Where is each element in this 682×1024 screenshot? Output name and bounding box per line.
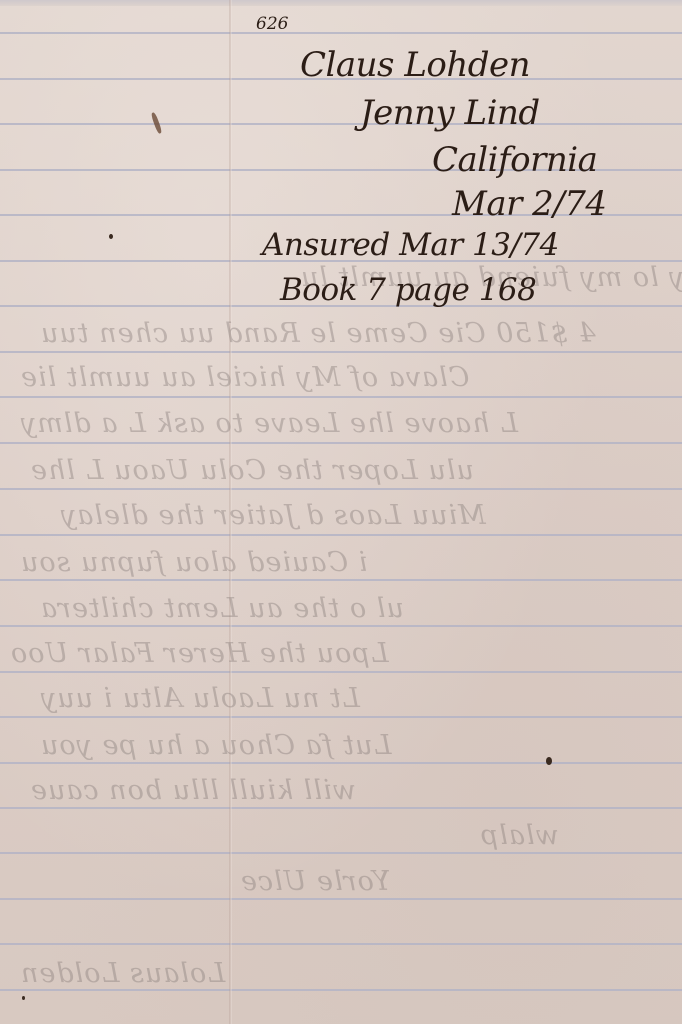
bleed-through-line: L haove lhe Leave to ask L a dlmy: [20, 408, 518, 439]
ruled-line: [0, 396, 682, 398]
letter-page: y lo my fuiend au uumlt lu 4 $150 Cie Ce…: [0, 0, 682, 1024]
bleed-through-line: Lolaus Lolden: [20, 958, 225, 989]
paper-top-edge: [0, 0, 682, 6]
bleed-through-line: ulu Loper the Colu Uaou L lhe: [30, 455, 474, 486]
ruled-line: [0, 123, 682, 125]
ruled-line: [0, 534, 682, 536]
ruled-line: [0, 943, 682, 945]
ruled-line: [0, 898, 682, 900]
bleed-through-line: Lpou the Herer Falar Uoo: [10, 638, 389, 669]
ink-spot: [109, 234, 113, 239]
answered-date: Ansured Mar 13/74: [262, 227, 559, 263]
ink-spot: [22, 996, 25, 1000]
ruled-line: [0, 989, 682, 991]
letter-date: Mar 2/74: [452, 184, 607, 224]
sender-state: California: [432, 140, 597, 180]
book-page-reference: Book 7 page 168: [280, 272, 536, 308]
ruled-line: [0, 671, 682, 673]
ruled-line: [0, 625, 682, 627]
sender-place: Jenny Lind: [360, 93, 540, 133]
sender-name: Claus Lohden: [300, 45, 530, 85]
bleed-through-line: Clava of My hiciel au uumlt lie: [20, 362, 469, 393]
bleed-through-line: ul o the au Lemt chiltera: [40, 593, 404, 624]
ruled-line: [0, 852, 682, 854]
ruled-line: [0, 762, 682, 764]
bleed-through-line: Lt nu Laolu Altu i uuy: [40, 683, 360, 714]
ruled-line: [0, 716, 682, 718]
bleed-through-line: Lut fa Chou a hu pe you: [40, 730, 391, 761]
bleed-through-line: i Cauied alou fupnu sou: [20, 547, 367, 578]
ruled-line: [0, 442, 682, 444]
bleed-through-line: wlalp: [480, 820, 559, 851]
bleed-through-line: will kiull lllu bon caue: [30, 775, 356, 806]
ruled-line: [0, 351, 682, 353]
ruled-line: [0, 579, 682, 581]
ink-spot: [546, 757, 552, 765]
bleed-through-line: Yorle Ulce: [240, 866, 390, 897]
ruled-line: [0, 32, 682, 34]
ruled-line: [0, 488, 682, 490]
ruled-line: [0, 807, 682, 809]
docket-number: 626: [256, 14, 288, 34]
bleed-through-line: Miuu Laos d Jatier the dlelay: [60, 500, 486, 531]
bleed-through-line: 4 $150 Cie Ceme le Rand uu chen tuu: [40, 318, 596, 349]
